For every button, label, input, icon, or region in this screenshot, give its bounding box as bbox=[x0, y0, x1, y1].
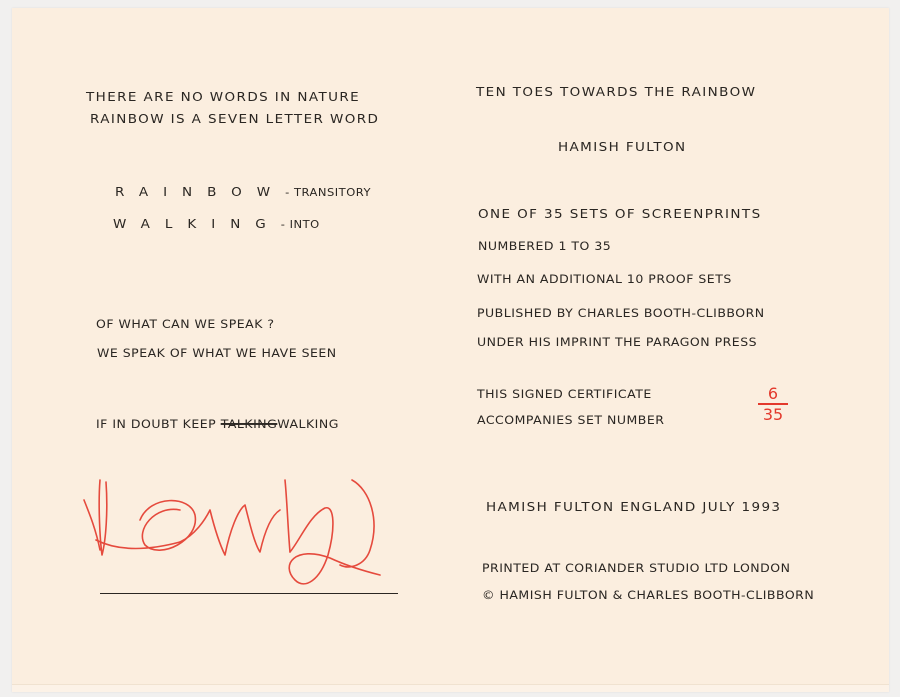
acrostic-rainbow: RAINBOW- TRANSITORY bbox=[115, 184, 371, 199]
edition-line-4: PUBLISHED BY CHARLES BOOTH-CLIBBORN bbox=[477, 305, 765, 319]
set-number: 6 35 bbox=[758, 386, 788, 423]
title: TEN TOES TOWARDS THE RAINBOW bbox=[476, 84, 756, 99]
doubt-prefix: IF IN DOUBT KEEP bbox=[96, 416, 216, 430]
speak-line-2: WE SPEAK OF WHAT WE HAVE SEEN bbox=[97, 345, 337, 359]
set-number-numerator: 6 bbox=[758, 386, 788, 402]
acrostic-word: WALKING bbox=[113, 216, 281, 231]
printer-line-2: © HAMISH FULTON & CHARLES BOOTH-CLIBBORN bbox=[482, 587, 814, 601]
acrostic-word: RAINBOW bbox=[115, 184, 285, 199]
signature-line bbox=[100, 593, 398, 594]
edition-line-5: UNDER HIS IMPRINT THE PARAGON PRESS bbox=[477, 334, 757, 348]
paper-edge bbox=[12, 684, 889, 692]
certificate-line-2: ACCOMPANIES SET NUMBER bbox=[477, 412, 664, 426]
nature-line-2: RAINBOW IS A SEVEN LETTER WORD bbox=[90, 111, 379, 126]
dated-line: HAMISH FULTON ENGLAND JULY 1993 bbox=[486, 499, 781, 514]
acrostic-suffix: - TRANSITORY bbox=[285, 185, 371, 198]
edition-line-3: WITH AN ADDITIONAL 10 PROOF SETS bbox=[477, 271, 732, 285]
struck-word: TALKING bbox=[221, 416, 278, 430]
nature-line-1: THERE ARE NO WORDS IN NATURE bbox=[86, 89, 360, 104]
acrostic-walking: WALKING- INTO bbox=[113, 216, 320, 231]
signature-icon bbox=[80, 470, 410, 600]
doubt-line: IF IN DOUBT KEEP TALKINGWALKING bbox=[96, 416, 339, 430]
speak-line-1: OF WHAT CAN WE SPEAK ? bbox=[96, 316, 275, 330]
edition-line-1: ONE OF 35 SETS OF SCREENPRINTS bbox=[478, 206, 762, 221]
printer-line-1: PRINTED AT CORIANDER STUDIO LTD LONDON bbox=[482, 560, 790, 574]
doubt-suffix: WALKING bbox=[277, 416, 339, 430]
certificate-line-1: THIS SIGNED CERTIFICATE bbox=[477, 386, 652, 400]
artist-name: HAMISH FULTON bbox=[558, 139, 687, 154]
edition-line-2: NUMBERED 1 TO 35 bbox=[478, 238, 611, 252]
set-number-denominator: 35 bbox=[758, 407, 788, 423]
acrostic-suffix: - INTO bbox=[281, 217, 320, 230]
